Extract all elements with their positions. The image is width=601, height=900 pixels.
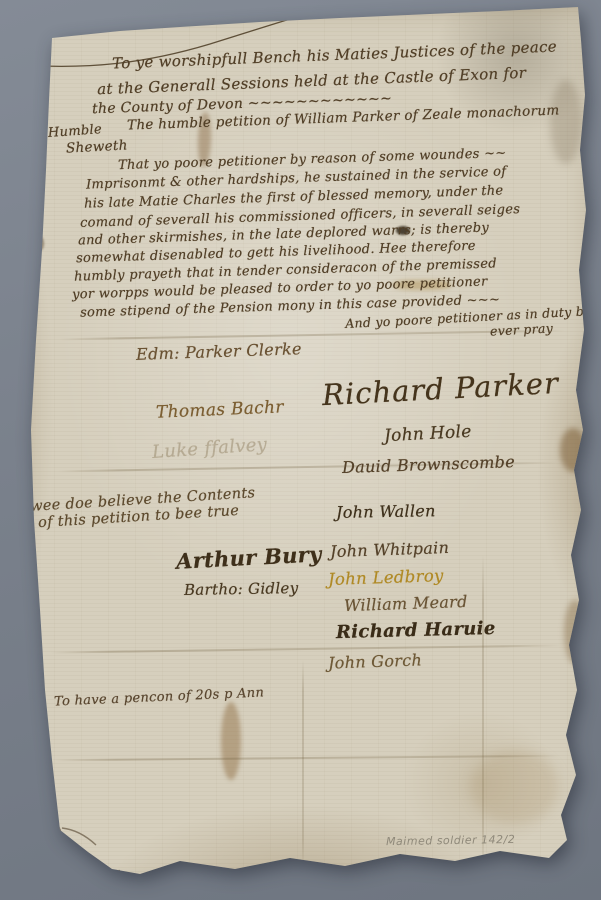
paper-sheet: To ye worshipfull Bench his Maties Justi… bbox=[0, 0, 601, 900]
fold-crease-horizontal-3 bbox=[50, 644, 565, 653]
margin-note-sheweth: Sheweth bbox=[66, 137, 128, 156]
signature-john-wallen: John Wallen bbox=[336, 501, 436, 522]
signature-arthur-bury: Arthur Bury bbox=[175, 541, 322, 574]
pension-order-note: To have a pencon of 20s p Ann bbox=[54, 685, 265, 709]
signature-john-whitpain: John Whitpain bbox=[330, 538, 450, 561]
right-edge-stain-2 bbox=[564, 600, 586, 664]
signature-richard-haruie: Richard Haruie bbox=[336, 618, 496, 643]
fold-crease-vertical-2 bbox=[302, 660, 304, 870]
signature-john-ledbroy: John Ledbroy bbox=[328, 566, 444, 589]
photograph-background: To ye worshipfull Bench his Maties Justi… bbox=[0, 0, 601, 900]
top-right-edge-stain bbox=[550, 80, 582, 164]
archival-reference-pencil: Maimed soldier 142/2 bbox=[386, 833, 516, 848]
signature-luke-ffalvey: Luke ffalvey bbox=[151, 434, 267, 463]
torn-corner-mark bbox=[58, 826, 120, 871]
signature-clerk: Edm: Parker Clerke bbox=[136, 339, 302, 364]
signature-john-hole: John Hole bbox=[384, 422, 473, 447]
signature-john-gorch: John Gorch bbox=[328, 650, 423, 672]
right-edge-stain-1 bbox=[560, 428, 586, 472]
left-edge-spot bbox=[35, 236, 44, 251]
fold-crease-horizontal-4 bbox=[55, 755, 560, 761]
foxing-patch bbox=[470, 750, 560, 824]
signature-richard-parker: Richard Parker bbox=[321, 366, 559, 412]
margin-note-humble: Humble bbox=[48, 122, 103, 141]
signature-bartho-gidley: Bartho: Gidley bbox=[184, 579, 299, 599]
ink-drip-stain-bottom bbox=[221, 702, 241, 780]
torn-corner-mark-2 bbox=[62, 828, 96, 845]
signature-dauid-brownscombe: Dauid Brownscombe bbox=[342, 452, 516, 477]
signature-william-meard: William Meard bbox=[344, 592, 468, 615]
signature-thomas-bachr: Thomas Bachr bbox=[156, 397, 284, 423]
closing-line-2: ever pray bbox=[490, 320, 554, 338]
manuscript-page: To ye worshipfull Bench his Maties Justi… bbox=[0, 0, 601, 900]
fold-crease-vertical-1 bbox=[482, 555, 484, 875]
